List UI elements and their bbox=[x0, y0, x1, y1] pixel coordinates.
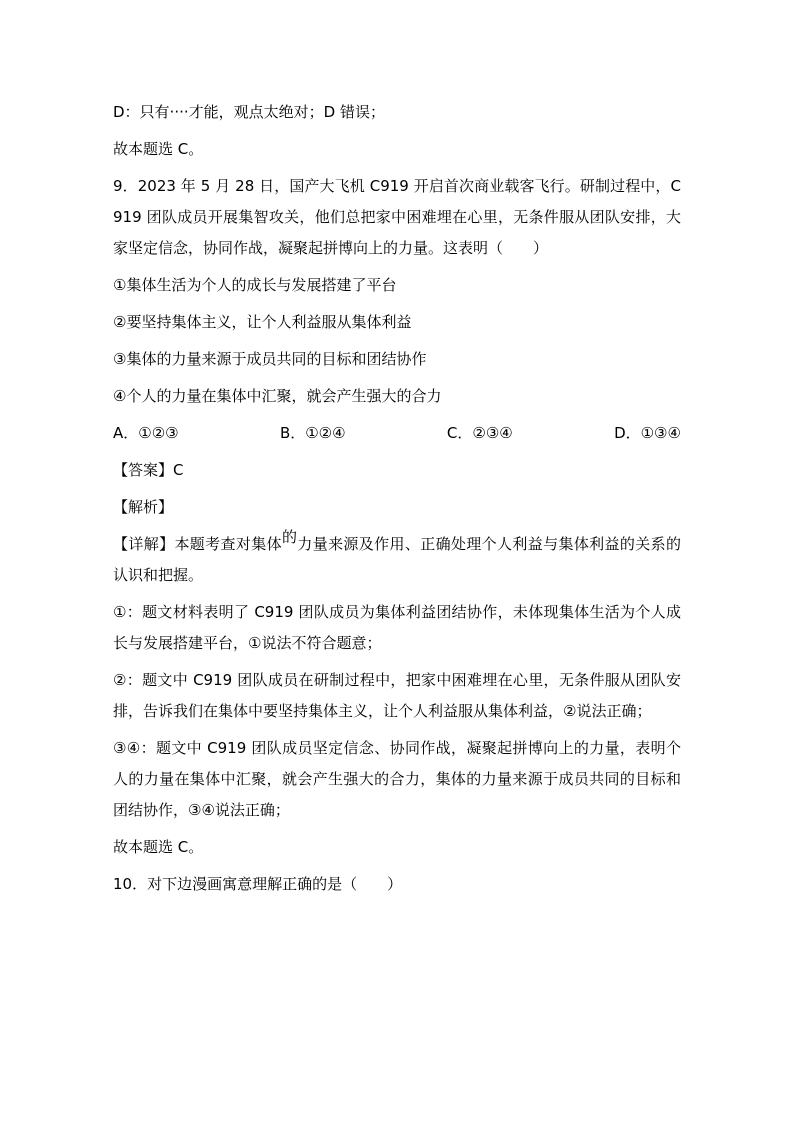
explanation-point-2: ②：题文中 C919 团队成员在研制过程中，把家中困难埋在心里，无条件服从团队安… bbox=[113, 665, 681, 727]
question-9-stem: 9．2023 年 5 月 28 日，国产大飞机 C919 开启首次商业载客飞行。… bbox=[113, 171, 681, 264]
question-9-statement-4: ④个人的力量在集体中汇聚，就会产生强大的合力 bbox=[113, 381, 681, 412]
explanation-point-3: ③④：题文中 C919 团队成员坚定信念、协同作战，凝聚起拼博向上的力量，表明个… bbox=[113, 733, 681, 826]
detail-superscript-char: 的 bbox=[282, 522, 297, 553]
question-9-conclusion: 故本题选 C。 bbox=[113, 832, 681, 863]
analysis-header: 【解析】 bbox=[113, 492, 681, 523]
option-b: B．①②④ bbox=[280, 418, 346, 449]
option-d: D．①③④ bbox=[614, 418, 681, 449]
question-10-stem: 10．对下边漫画寓意理解正确的是（ ） bbox=[113, 869, 681, 900]
question-9-statement-2: ②要坚持集体主义，让个人利益服从集体利益 bbox=[113, 307, 681, 338]
document-page: D：只有····才能，观点太绝对；D 错误； 故本题选 C。 9．2023 年 … bbox=[0, 0, 794, 1123]
prev-answer-d-line: D：只有····才能，观点太绝对；D 错误； bbox=[113, 97, 681, 128]
question-9-options-row: A．①②③ B．①②④ C．②③④ D．①③④ bbox=[113, 418, 681, 449]
detail-prefix: 【详解】本题考查对集体 bbox=[113, 535, 282, 553]
detail-explanation: 【详解】本题考查对集体的力量来源及作用、正确处理个人利益与集体利益的关系的认识和… bbox=[113, 529, 681, 591]
option-a: A．①②③ bbox=[113, 418, 179, 449]
question-9-statement-3: ③集体的力量来源于成员共同的目标和团结协作 bbox=[113, 344, 681, 375]
explanation-point-1: ①：题文材料表明了 C919 团队成员为集体利益团结协作，未体现集体生活为个人成… bbox=[113, 597, 681, 659]
question-9-statement-1: ①集体生活为个人的成长与发展搭建了平台 bbox=[113, 270, 681, 301]
prev-answer-conclusion: 故本题选 C。 bbox=[113, 134, 681, 165]
answer-line: 【答案】C bbox=[113, 455, 681, 486]
option-c: C．②③④ bbox=[447, 418, 513, 449]
